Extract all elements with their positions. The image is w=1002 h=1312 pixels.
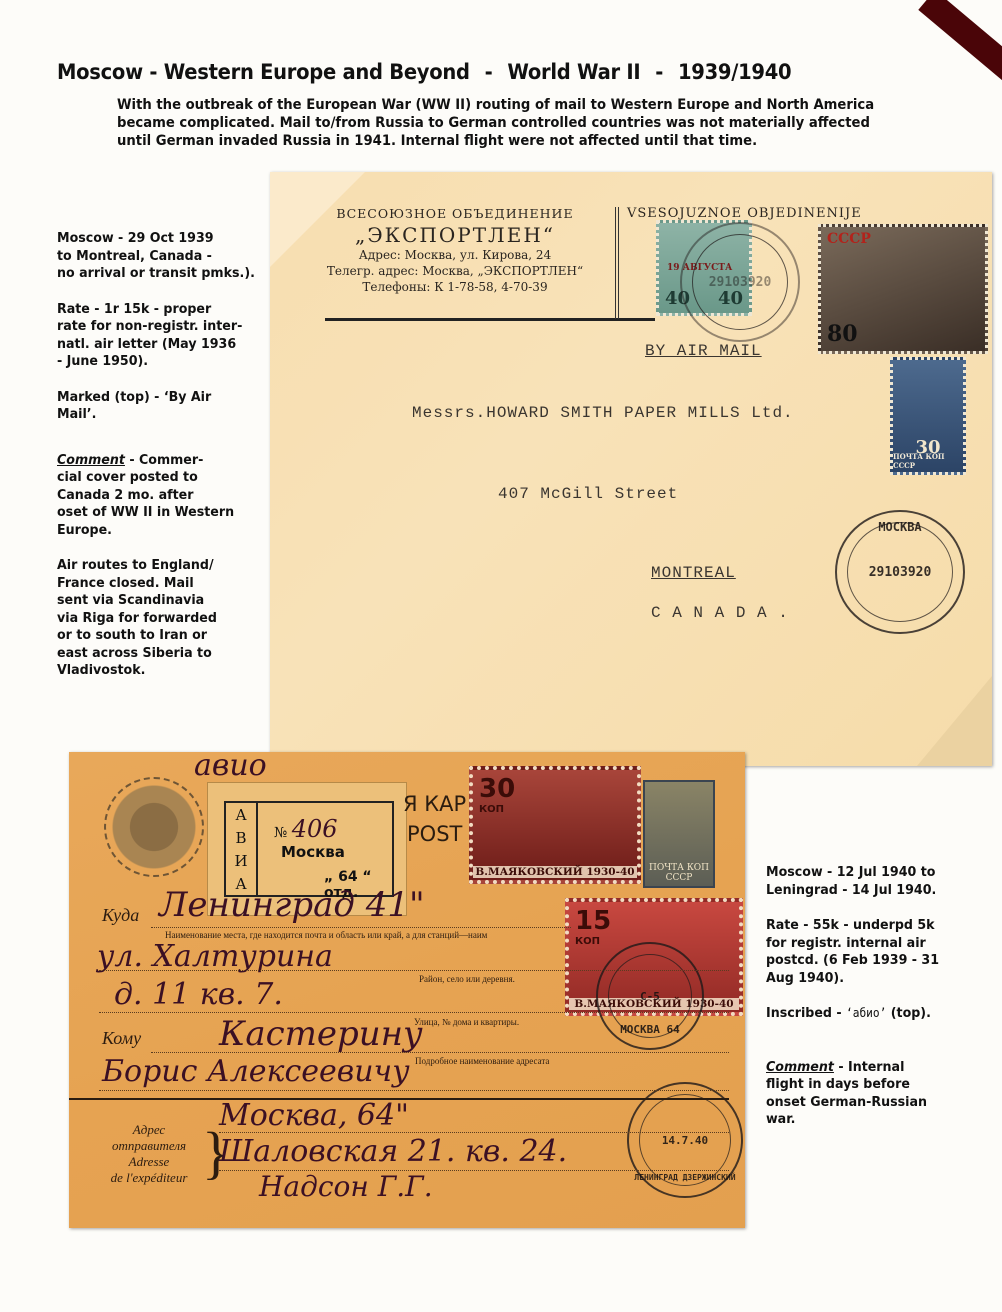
by-air-mail-marking: BY AIR MAIL (645, 342, 762, 360)
note-line: sent via Scandinavia (57, 592, 204, 608)
address-city: MONTREAL (651, 564, 736, 582)
note-line: Marked (top) - ‘By Air (57, 389, 211, 405)
stamp-caption: ПОЧТА КОП СССР (645, 863, 713, 883)
handwritten-city: Ленинград 41" (159, 885, 425, 925)
note-line: Moscow - 29 Oct 1939 (57, 230, 214, 246)
dotted-line (99, 1012, 729, 1013)
note-line: postcd. (6 Feb 1939 - 31 (766, 952, 939, 968)
postmark-date: 29103920 (709, 275, 772, 290)
note-line: - Internal (838, 1059, 904, 1075)
handwritten-recipient-name: Борис Алексеевичу (102, 1054, 410, 1089)
dotted-line (151, 1052, 729, 1053)
title-part: World War II (507, 60, 640, 84)
postmark-city: МОСКВА 64 (620, 1023, 680, 1036)
dotted-line (99, 1090, 729, 1091)
cover1-route: Moscow - 29 Oct 1939 to Montreal, Canada… (57, 230, 280, 283)
avia-letters: А В И А (226, 803, 258, 895)
avia-letter: А (235, 806, 246, 824)
dotted-line (99, 970, 729, 971)
stamp-inscription: ПОЧТА КОП СССР (893, 452, 963, 470)
postmark-moscow: 29103920 (680, 222, 800, 342)
postmark-moscow: 29103920 МОСКВА (835, 510, 965, 634)
note-line: - June 1950). (57, 353, 148, 369)
registered-air-postcard: авио А В И А № 406 Москва „ 64 “ отд. Я … (69, 752, 745, 1228)
cover2-inscribed: Inscribed - ‘aбио’ (top). (766, 1005, 1002, 1023)
title-separator: - (485, 60, 493, 84)
handwritten-sender-name: Надсон Г.Г. (259, 1170, 433, 1203)
stamp-pilot-30k: 30 ПОЧТА КОП СССР (890, 357, 966, 475)
stamp-value: 15 (575, 906, 611, 936)
dotted-line (151, 927, 571, 928)
airmail-envelope-cover: ВСЕСОЮЗНОЕ ОБЪЕДИНЕНИЕ „ЭКСПОРТЛЕН“ Адре… (270, 172, 992, 766)
note-line: (top). (886, 1005, 931, 1021)
note-line: - Commer- (129, 452, 203, 468)
letterhead-rule (325, 318, 655, 321)
stamp-value: 30 (479, 774, 515, 804)
postmark-code: С-5 (640, 990, 660, 1003)
intro-line: became complicated. Mail to/from Russia … (117, 114, 880, 132)
cover1-rate: Rate - 1r 15k - proper rate for non-regi… (57, 301, 280, 371)
title-separator: - (655, 60, 663, 84)
handwritten-street: ул. Халтурина (97, 939, 333, 974)
comment-label: Comment (57, 452, 125, 468)
note-line: Air routes to England/ (57, 557, 214, 573)
cover2-description: Moscow - 12 Jul 1940 to Leningrad - 14 J… (766, 864, 1002, 1147)
sender-label-line: отправителя (94, 1138, 204, 1154)
district-hint: Район, село или деревня. (419, 974, 515, 984)
note-line: Rate - 1r 15k - proper (57, 301, 211, 317)
note-line: oset of WW II in Western (57, 504, 234, 520)
avia-letter: И (234, 852, 247, 870)
note-line: Rate - 55k - underpd 5k (766, 917, 935, 933)
intro-line: With the outbreak of the European War (W… (117, 96, 880, 114)
title-part: Moscow - Western Europe and Beyond (57, 60, 470, 84)
postmark-date: 29103920 (869, 565, 932, 580)
note-line: natl. air letter (May 1936 (57, 336, 236, 352)
handwritten-sender-street: Шаловская 21. кв. 24. (219, 1134, 567, 1169)
note-line: or to south to Iran or (57, 627, 207, 643)
cover2-route: Moscow - 12 Jul 1940 to Leningrad - 14 J… (766, 864, 1002, 899)
inscribed-word: ‘aбио’ (846, 1006, 886, 1020)
address-street: 407 McGill Street (498, 485, 678, 503)
letterhead-phones: Телефоны: К 1-78-58, 4-70-39 (305, 279, 605, 295)
postmark-city: МОСКВА (878, 520, 921, 534)
to-label: Куда (102, 905, 139, 926)
cover1-comment: Comment - Commer- cial cover posted to C… (57, 452, 280, 540)
page-title: Moscow - Western Europe and Beyond - Wor… (57, 60, 800, 84)
letterhead-name: „ЭКСПОРТЛЕН“ (305, 223, 605, 247)
stamp-caption: В.МАЯКОВСКИЙ 1930-40 (473, 866, 637, 878)
whom-hint: Подробное наименование адресата (415, 1056, 549, 1066)
address-country: C A N A D A . (651, 604, 789, 622)
note-line: Moscow - 12 Jul 1940 to (766, 864, 935, 880)
avia-label-frame: А В И А № 406 Москва „ 64 “ отд. (224, 801, 394, 897)
note-line: Canada 2 mo. after (57, 487, 193, 503)
letterhead-divider (615, 207, 619, 319)
envelope-flap (917, 676, 992, 766)
note-line: no arrival or transit pmks.). (57, 265, 255, 281)
sender-label: Адрес отправителя Adresse de l'expéditeu… (94, 1122, 204, 1186)
addressee: Messrs.HOWARD SMITH PAPER MILLS Ltd. (412, 404, 794, 422)
sender-label-line: de l'expéditeur (94, 1170, 204, 1186)
stamp-inscription: СССР (827, 231, 871, 247)
note-line: Leningrad - 14 Jul 1940. (766, 882, 936, 898)
cover2-comment: Comment - Internal flight in days before… (766, 1059, 1002, 1129)
letterhead-address: Адрес: Москва, ул. Кирова, 24 (305, 247, 605, 263)
ussr-emblem-icon (104, 777, 204, 877)
intro-paragraph: With the outbreak of the European War (W… (117, 96, 880, 150)
house-hint: Улица, № дома и квартиры. (414, 1017, 519, 1027)
stamp-revolution-80k: СССР 80 (818, 224, 988, 354)
cover2-rate: Rate - 55k - underpd 5k for registr. int… (766, 917, 1002, 987)
letterhead: ВСЕСОЮЗНОЕ ОБЪЕДИНЕНИЕ „ЭКСПОРТЛЕН“ Адре… (305, 206, 605, 295)
note-line: cial cover posted to (57, 469, 198, 485)
postmark-city: ЛЕНИНГРАД ДЗЕРЖИНСКИЙ (634, 1173, 735, 1182)
corner-ribbon (918, 0, 1002, 106)
stamp-mayakovsky-30k: 30 КОП В.МАЯКОВСКИЙ 1930-40 (469, 766, 641, 884)
cover1-description: Moscow - 29 Oct 1939 to Montreal, Canada… (57, 230, 280, 698)
note-line: rate for non-registr. inter- (57, 318, 242, 334)
sender-label-line: Adresse (94, 1154, 204, 1170)
sender-label-line: Адрес (94, 1122, 204, 1138)
registration-number-value: 406 (292, 815, 338, 843)
postmark-moscow-64: С-5 МОСКВА 64 (596, 942, 704, 1050)
note-line: Aug 1940). (766, 970, 844, 986)
note-line: Mail’. (57, 406, 96, 422)
handwritten-avio: авио (194, 748, 267, 783)
note-line: France closed. Mail (57, 575, 194, 591)
intro-line: until German invaded Russia in 1941. Int… (117, 132, 880, 150)
stamp-unit: КОП (479, 804, 504, 815)
letterhead-org: ВСЕСОЮЗНОЕ ОБЪЕДИНЕНИЕ (305, 206, 605, 221)
letterhead-telegraph: Телегр. адрес: Москва, „ЭКСПОРТЛЕН“ (305, 263, 605, 279)
registration-number: № 406 (274, 815, 338, 843)
stamp-indicium-10k: ПОЧТА КОП СССР (643, 780, 715, 888)
dotted-line (219, 1132, 729, 1133)
avia-city: Москва (281, 843, 345, 861)
handwritten-sender-city: Москва, 64" (219, 1098, 409, 1133)
note-line: onset German-Russian (766, 1094, 927, 1110)
note-line: east across Siberia to (57, 645, 212, 661)
comment-label: Comment (766, 1059, 834, 1075)
note-line: war. (766, 1111, 795, 1127)
cover1-routes: Air routes to England/ France closed. Ma… (57, 557, 280, 680)
letterhead-latin: VSESOJUZNOE OBJEDINENIJE (627, 206, 862, 221)
stamp-value: 80 (827, 321, 858, 347)
card-title-fr: POST (407, 822, 462, 846)
avia-letter: В (235, 829, 246, 847)
note-line: Vladivostok. (57, 662, 145, 678)
note-line: to Montreal, Canada - (57, 248, 212, 264)
note-line: flight in days before (766, 1076, 910, 1092)
note-line: via Riga for forwarded (57, 610, 217, 626)
card-title-ru: Я КАР (403, 792, 466, 816)
note-line: Europe. (57, 522, 112, 538)
stamp-unit: КОП (575, 936, 600, 947)
handwritten-recipient: Кастерину (219, 1014, 423, 1054)
whom-label: Кому (102, 1028, 141, 1049)
title-part: 1939/1940 (678, 60, 791, 84)
cover1-marked: Marked (top) - ‘By Air Mail’. (57, 389, 280, 424)
note-line: for registr. internal air (766, 935, 926, 951)
number-sign: № (274, 825, 287, 841)
handwritten-house: д. 11 кв. 7. (114, 977, 283, 1012)
postmark-date: 14.7.40 (662, 1134, 708, 1147)
note-line: Inscribed - (766, 1005, 846, 1021)
